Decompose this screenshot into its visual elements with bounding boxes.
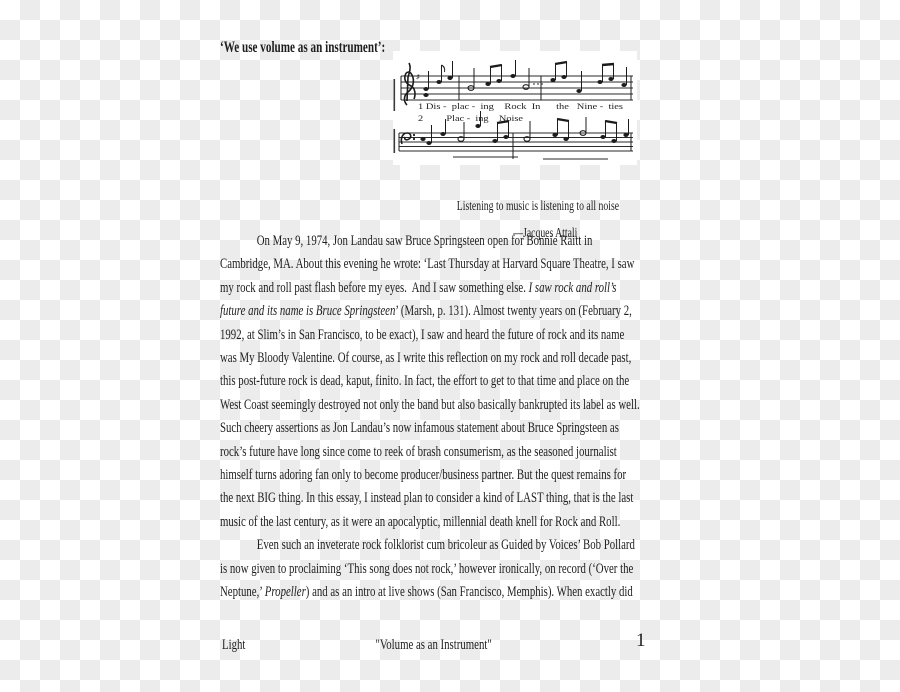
- text-line: was My Bloody Valentine. Of course, as I…: [220, 347, 682, 370]
- treble-clef-icon: [404, 63, 415, 105]
- text-line: rock’s future have long since come to re…: [220, 441, 682, 464]
- text-line: West Coast seemingly destroyed not only …: [220, 394, 682, 417]
- text-line: is now given to proclaiming ‘This song d…: [220, 558, 682, 581]
- bass-staff: [399, 133, 633, 159]
- treble-staff: [401, 76, 633, 100]
- footer-running-title: "Volume as an Instrument": [367, 637, 500, 654]
- sheet-music-svg: ♯: [393, 51, 637, 165]
- text-line: On May 9, 1974, Jon Landau saw Bruce Spr…: [220, 230, 682, 253]
- text-line: Neptune,’ Propeller) and as an intro at …: [220, 581, 682, 604]
- text-line: my rock and roll past flash before my ey…: [220, 277, 682, 300]
- lyric-line-1: 1 Dis - plac - ing Rock In the Nine - ti…: [418, 101, 623, 111]
- scan-edge-mark: [394, 129, 396, 153]
- epigraph-quote: Listening to music is listening to all n…: [457, 198, 619, 213]
- scan-edge-mark: [394, 79, 396, 111]
- text-line: himself turns adoring fan only to become…: [220, 464, 682, 487]
- text-line: Such cheery assertions as Jon Landau’s n…: [220, 417, 682, 440]
- footer-page-number: 1: [636, 630, 646, 652]
- footer-author: Light: [222, 637, 245, 654]
- sheet-music-image: ♯: [393, 51, 637, 165]
- text-line: the next BIG thing. In this essay, I ins…: [220, 487, 682, 510]
- page-title: ‘We use volume as an instrument’:: [220, 39, 385, 57]
- text-line: this post-future rock is dead, kaput, fi…: [220, 370, 682, 393]
- text-line: music of the last century, as it were an…: [220, 511, 682, 534]
- body-text: On May 9, 1974, Jon Landau saw Bruce Spr…: [220, 230, 682, 605]
- treble-notes: [423, 60, 626, 97]
- text-line: future and its name is Bruce Springsteen…: [220, 300, 682, 323]
- document-page: ‘We use volume as an instrument’: ♯: [0, 0, 900, 692]
- text-line: Cambridge, MA. About this evening he wro…: [220, 253, 682, 276]
- key-signature: ♯: [416, 73, 420, 81]
- text-line: 1992, at Slim’s in San Francisco, to be …: [220, 324, 682, 347]
- text-line: Even such an inveterate rock folklorist …: [220, 534, 682, 557]
